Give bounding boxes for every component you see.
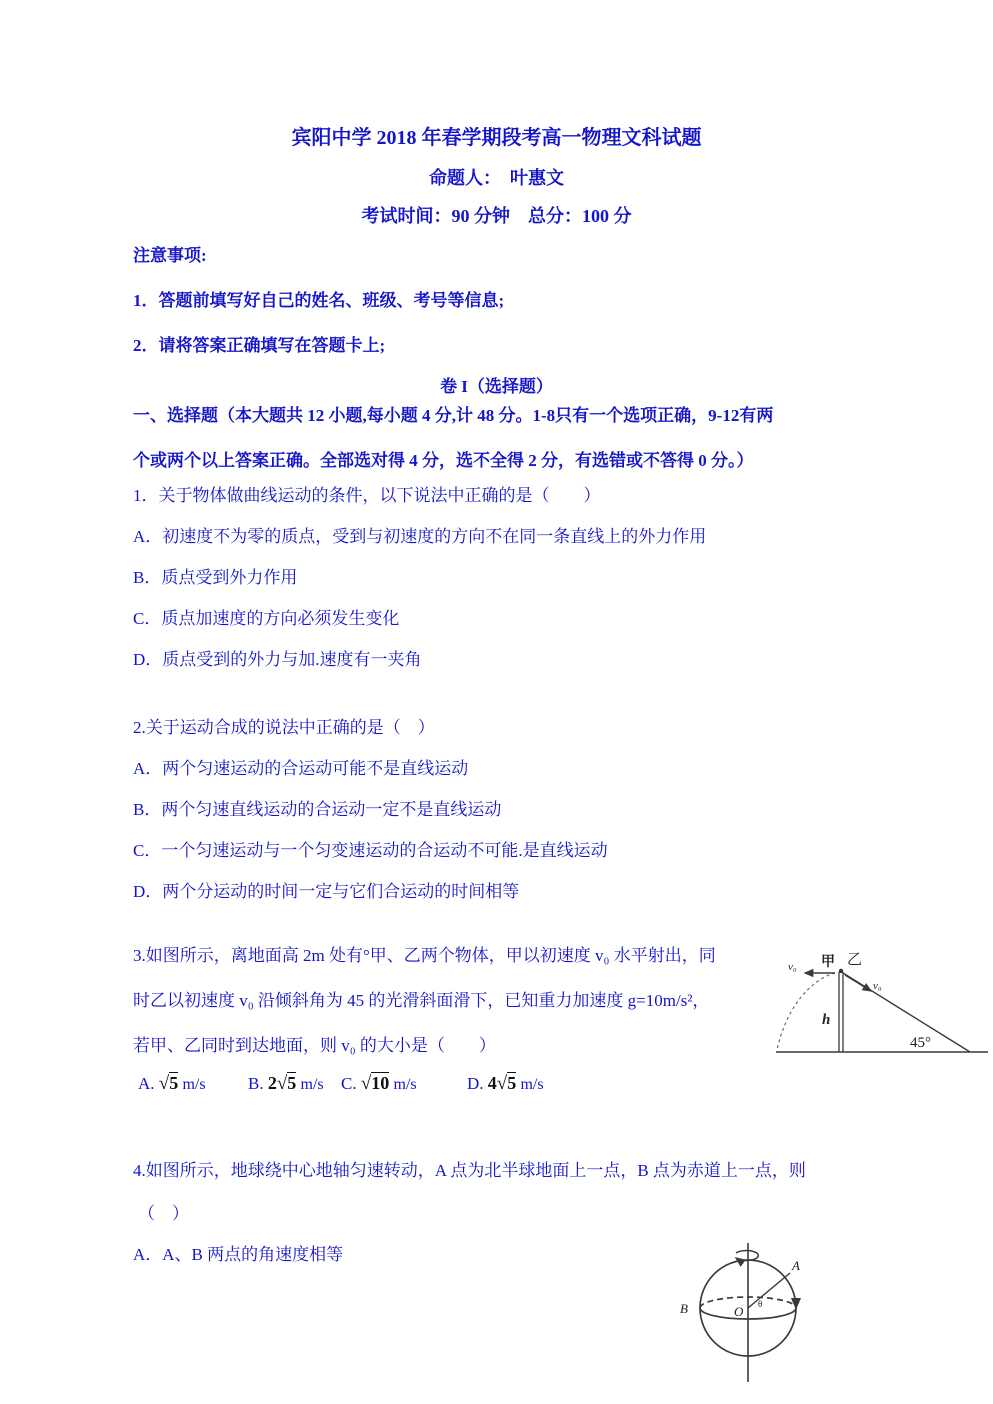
incline-angle-label: 45° [910, 1035, 931, 1051]
q3-option-d-label: D. [467, 1074, 484, 1093]
jia-label: 甲 [821, 954, 835, 970]
exam-paper-page: 宾阳中学 2018 年春学期段考高一物理文科试题 命题人： 叶惠文 考试时间：9… [0, 0, 993, 1404]
radical-sign: √ [497, 1073, 507, 1094]
q3-stem-line1: 3.如图所示，离地面高 2m 处有°甲、乙两个物体，甲以初速度 v₀ 水平射出，… [133, 946, 716, 966]
q2-stem: 2.关于运动合成的说法中正确的是（ ） [133, 718, 435, 738]
q3-option-d-unit: m/s [520, 1076, 543, 1093]
q3-option-d-radicand: 5 [507, 1072, 516, 1093]
q3-option-d: D. 4√5 m/s [467, 1073, 544, 1095]
section-intro-line1: 一、选择题（本大题共 12 小题,每小题 4 分,计 48 分。1-8只有一个选… [133, 406, 773, 426]
q1-option-b: B．质点受到外力作用 [133, 568, 297, 588]
q1-option-d: D．质点受到的外力与加.速度有一夹角 [133, 650, 422, 670]
q4-figure: A B O θ [672, 1237, 832, 1404]
notes-heading: 注意事项: [133, 246, 207, 266]
launch-point-dot [839, 969, 843, 973]
radius-line-oa [748, 1273, 790, 1308]
q3-option-d-coef: 4 [488, 1073, 497, 1093]
q3-options-row: A. √5 m/s B. 2√5 m/s C. √10 m/s D. 4√5 m… [0, 1073, 993, 1103]
section-intro-line2: 个或两个以上答案正确。全部选对得 4 分，选不全得 2 分，有选错或不答得 0 … [133, 451, 754, 471]
volume-heading: 卷 I（选择题） [0, 377, 993, 397]
q3-option-c-label: C. [341, 1074, 357, 1093]
origin-label: O [734, 1304, 744, 1319]
radical-sign: √ [361, 1073, 371, 1094]
q2-option-c: C．一个匀速运动与一个匀变速运动的合运动不可能.是直线运动 [133, 841, 608, 861]
q3-option-b: B. 2√5 m/s [248, 1073, 324, 1095]
q3-figure-svg: 甲 乙 v₀ v₀ h 45° [772, 940, 992, 1068]
angle-theta-label: θ [758, 1299, 762, 1309]
yi-label: 乙 [847, 952, 862, 968]
q2-option-d: D．两个分运动的时间一定与它们合运动的时间相等 [133, 882, 519, 902]
q4-stem-line2: （ ） [138, 1204, 189, 1224]
q2-option-b: B．两个匀速直线运动的合运动一定不是直线运动 [133, 800, 501, 820]
note-item-1: 1．答题前填写好自己的姓名、班级、考号等信息; [133, 291, 504, 311]
q3-option-b-coef: 2 [268, 1073, 277, 1093]
exam-title: 宾阳中学 2018 年春学期段考高一物理文科试题 [0, 126, 993, 150]
q3-option-b-unit: m/s [301, 1076, 324, 1093]
q3-option-c-radicand: 10 [371, 1072, 389, 1093]
q4-figure-svg: A B O θ [672, 1237, 832, 1404]
q3-stem-line3: 若甲、乙同时到达地面，则 v₀ 的大小是（ ） [133, 1036, 496, 1056]
q1-option-a: A．初速度不为零的质点，受到与初速度的方向不在同一条直线上的外力作用 [133, 527, 706, 547]
q3-option-b-radicand: 5 [287, 1072, 296, 1093]
q3-option-a: A. √5 m/s [138, 1073, 206, 1095]
point-a-label: A [791, 1258, 800, 1273]
q3-option-a-unit: m/s [182, 1076, 205, 1093]
q1-option-c: C．质点加速度的方向必须发生变化 [133, 609, 399, 629]
rotation-arrow [736, 1251, 758, 1261]
height-label: h [822, 1012, 830, 1028]
q3-option-a-radicand: 5 [169, 1072, 178, 1093]
q4-option-a: A．A、B 两点的角速度相等 [133, 1245, 343, 1265]
q2-option-a: A．两个匀速运动的合运动可能不是直线运动 [133, 759, 468, 779]
q3-option-b-label: B. [248, 1074, 264, 1093]
radical-sign: √ [159, 1073, 169, 1094]
time-total-line: 考试时间：90 分钟 总分：100 分 [0, 206, 993, 228]
q3-option-a-label: A. [138, 1074, 155, 1093]
note-item-2: 2．请将答案正确填写在答题卡上; [133, 336, 385, 356]
v0-incline-label: v₀ [873, 980, 882, 992]
q3-option-c: C. √10 m/s [341, 1073, 417, 1095]
v0-left-label: v₀ [788, 961, 797, 973]
q1-stem: 1．关于物体做曲线运动的条件，以下说法中正确的是（ ） [133, 486, 601, 506]
q3-stem-line2: 时乙以初速度 v₀ 沿倾斜角为 45 的光滑斜面滑下，已知重力加速度 g=10m… [133, 991, 709, 1011]
q4-stem-line1: 4.如图所示，地球绕中心地轴匀速转动，A 点为北半球地面上一点，B 点为赤道上一… [133, 1161, 806, 1181]
v0-incline-arrow [845, 975, 871, 991]
q3-option-c-unit: m/s [394, 1076, 417, 1093]
q3-figure: 甲 乙 v₀ v₀ h 45° [772, 940, 992, 1068]
setter-line: 命题人： 叶惠文 [0, 168, 993, 190]
point-b-label: B [680, 1301, 688, 1316]
radical-sign: √ [277, 1073, 287, 1094]
